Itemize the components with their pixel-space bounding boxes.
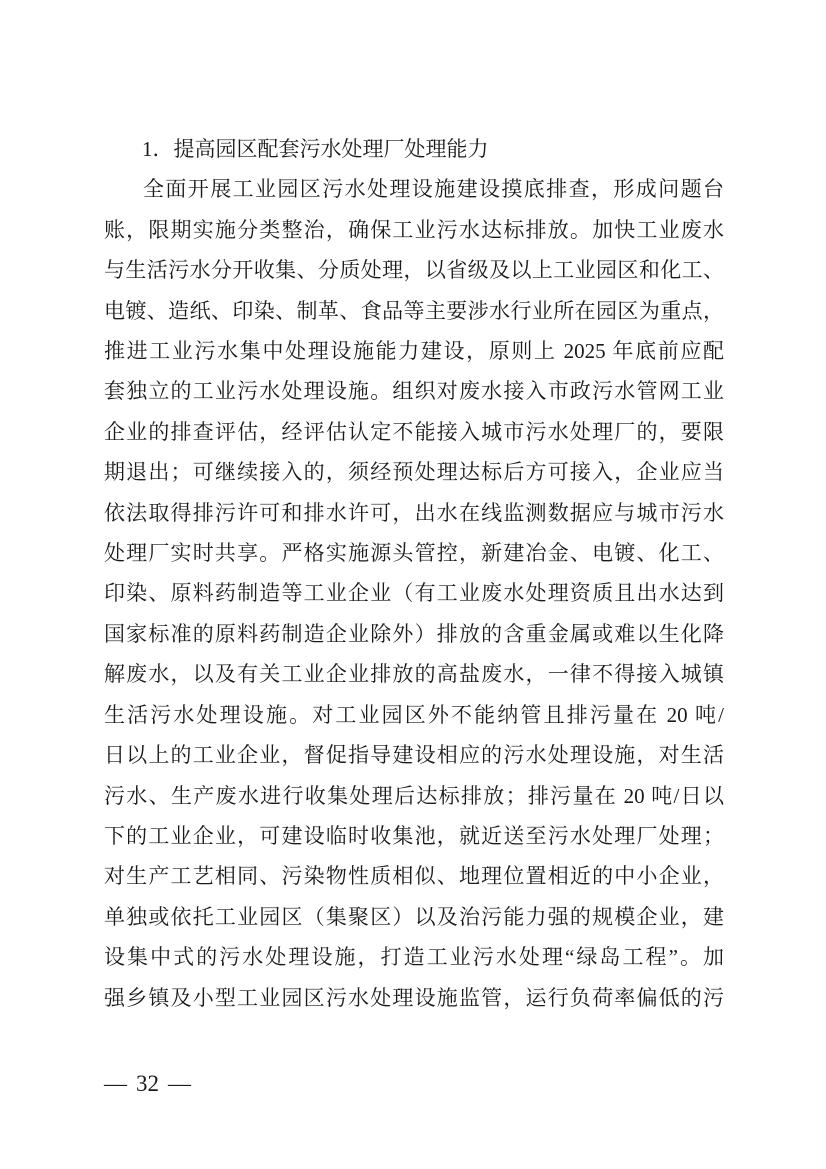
paragraph-line: 日以上的工业企业，督促指导建设相应的污水处理设施，对生活 (104, 735, 724, 775)
paragraph-line: 单独或依托工业园区（集聚区）以及治污能力强的规模企业，建 (104, 897, 724, 937)
paragraph-line: 国家标准的原料药制造企业除外）排放的含重金属或难以生化降 (104, 614, 724, 654)
paragraph-line: 污水、生产废水进行收集处理后达标排放；排污量在 20 吨/日以 (104, 776, 724, 816)
paragraph-line: 生活污水处理设施。对工业园区外不能纳管且排污量在 20 吨/ (104, 695, 724, 735)
body-paragraph: 全面开展工业园区污水处理设施建设摸底排查，形成问题台账，限期实施分类整治，确保工… (104, 169, 724, 1018)
paragraph-line: 期退出；可继续接入的，须经预处理达标后方可接入，企业应当 (104, 452, 724, 492)
paragraph-line: 对生产工艺相同、污染物性质相似、地理位置相近的中小企业， (104, 856, 724, 896)
paragraph-line: 账，限期实施分类整治，确保工业污水达标排放。加快工业废水 (104, 210, 724, 250)
paragraph-line: 印染、原料药制造等工业企业（有工业废水处理资质且出水达到 (104, 573, 724, 613)
paragraph-line: 强乡镇及小型工业园区污水处理设施监管，运行负荷率偏低的污 (104, 978, 724, 1018)
paragraph-line: 设集中式的污水处理设施，打造工业污水处理“绿岛工程”。加 (104, 937, 724, 977)
paragraph-line: 解废水，以及有关工业企业排放的高盐废水，一律不得接入城镇 (104, 654, 724, 694)
paragraph-line: 依法取得排污许可和排水许可，出水在线监测数据应与城市污水 (104, 493, 724, 533)
page-footer: — 32 — (104, 1070, 191, 1098)
paragraph-line: 电镀、造纸、印染、制革、食品等主要涉水行业所在园区为重点， (104, 291, 724, 331)
paragraph-line: 与生活污水分开收集、分质处理，以省级及以上工业园区和化工、 (104, 250, 724, 290)
page-number: 32 (136, 1070, 159, 1098)
paragraph-line: 下的工业企业，可建设临时收集池，就近送至污水处理厂处理； (104, 816, 724, 856)
footer-dash-left: — (104, 1070, 127, 1098)
document-page: 1．提高园区配套污水处理厂处理能力 全面开展工业园区污水处理设施建设摸底排查，形… (0, 0, 826, 1169)
text-block: 1．提高园区配套污水处理厂处理能力 全面开展工业园区污水处理设施建设摸底排查，形… (104, 129, 724, 1018)
footer-dash-right: — (168, 1070, 191, 1098)
paragraph-line: 企业的排查评估，经评估认定不能接入城市污水处理厂的，要限 (104, 412, 724, 452)
paragraph-line: 全面开展工业园区污水处理设施建设摸底排查，形成问题台 (104, 169, 724, 209)
paragraph-line: 推进工业污水集中处理设施能力建设，原则上 2025 年底前应配 (104, 331, 724, 371)
section-heading: 1．提高园区配套污水处理厂处理能力 (104, 129, 724, 169)
paragraph-line: 套独立的工业污水处理设施。组织对废水接入市政污水管网工业 (104, 371, 724, 411)
paragraph-line: 处理厂实时共享。严格实施源头管控，新建冶金、电镀、化工、 (104, 533, 724, 573)
